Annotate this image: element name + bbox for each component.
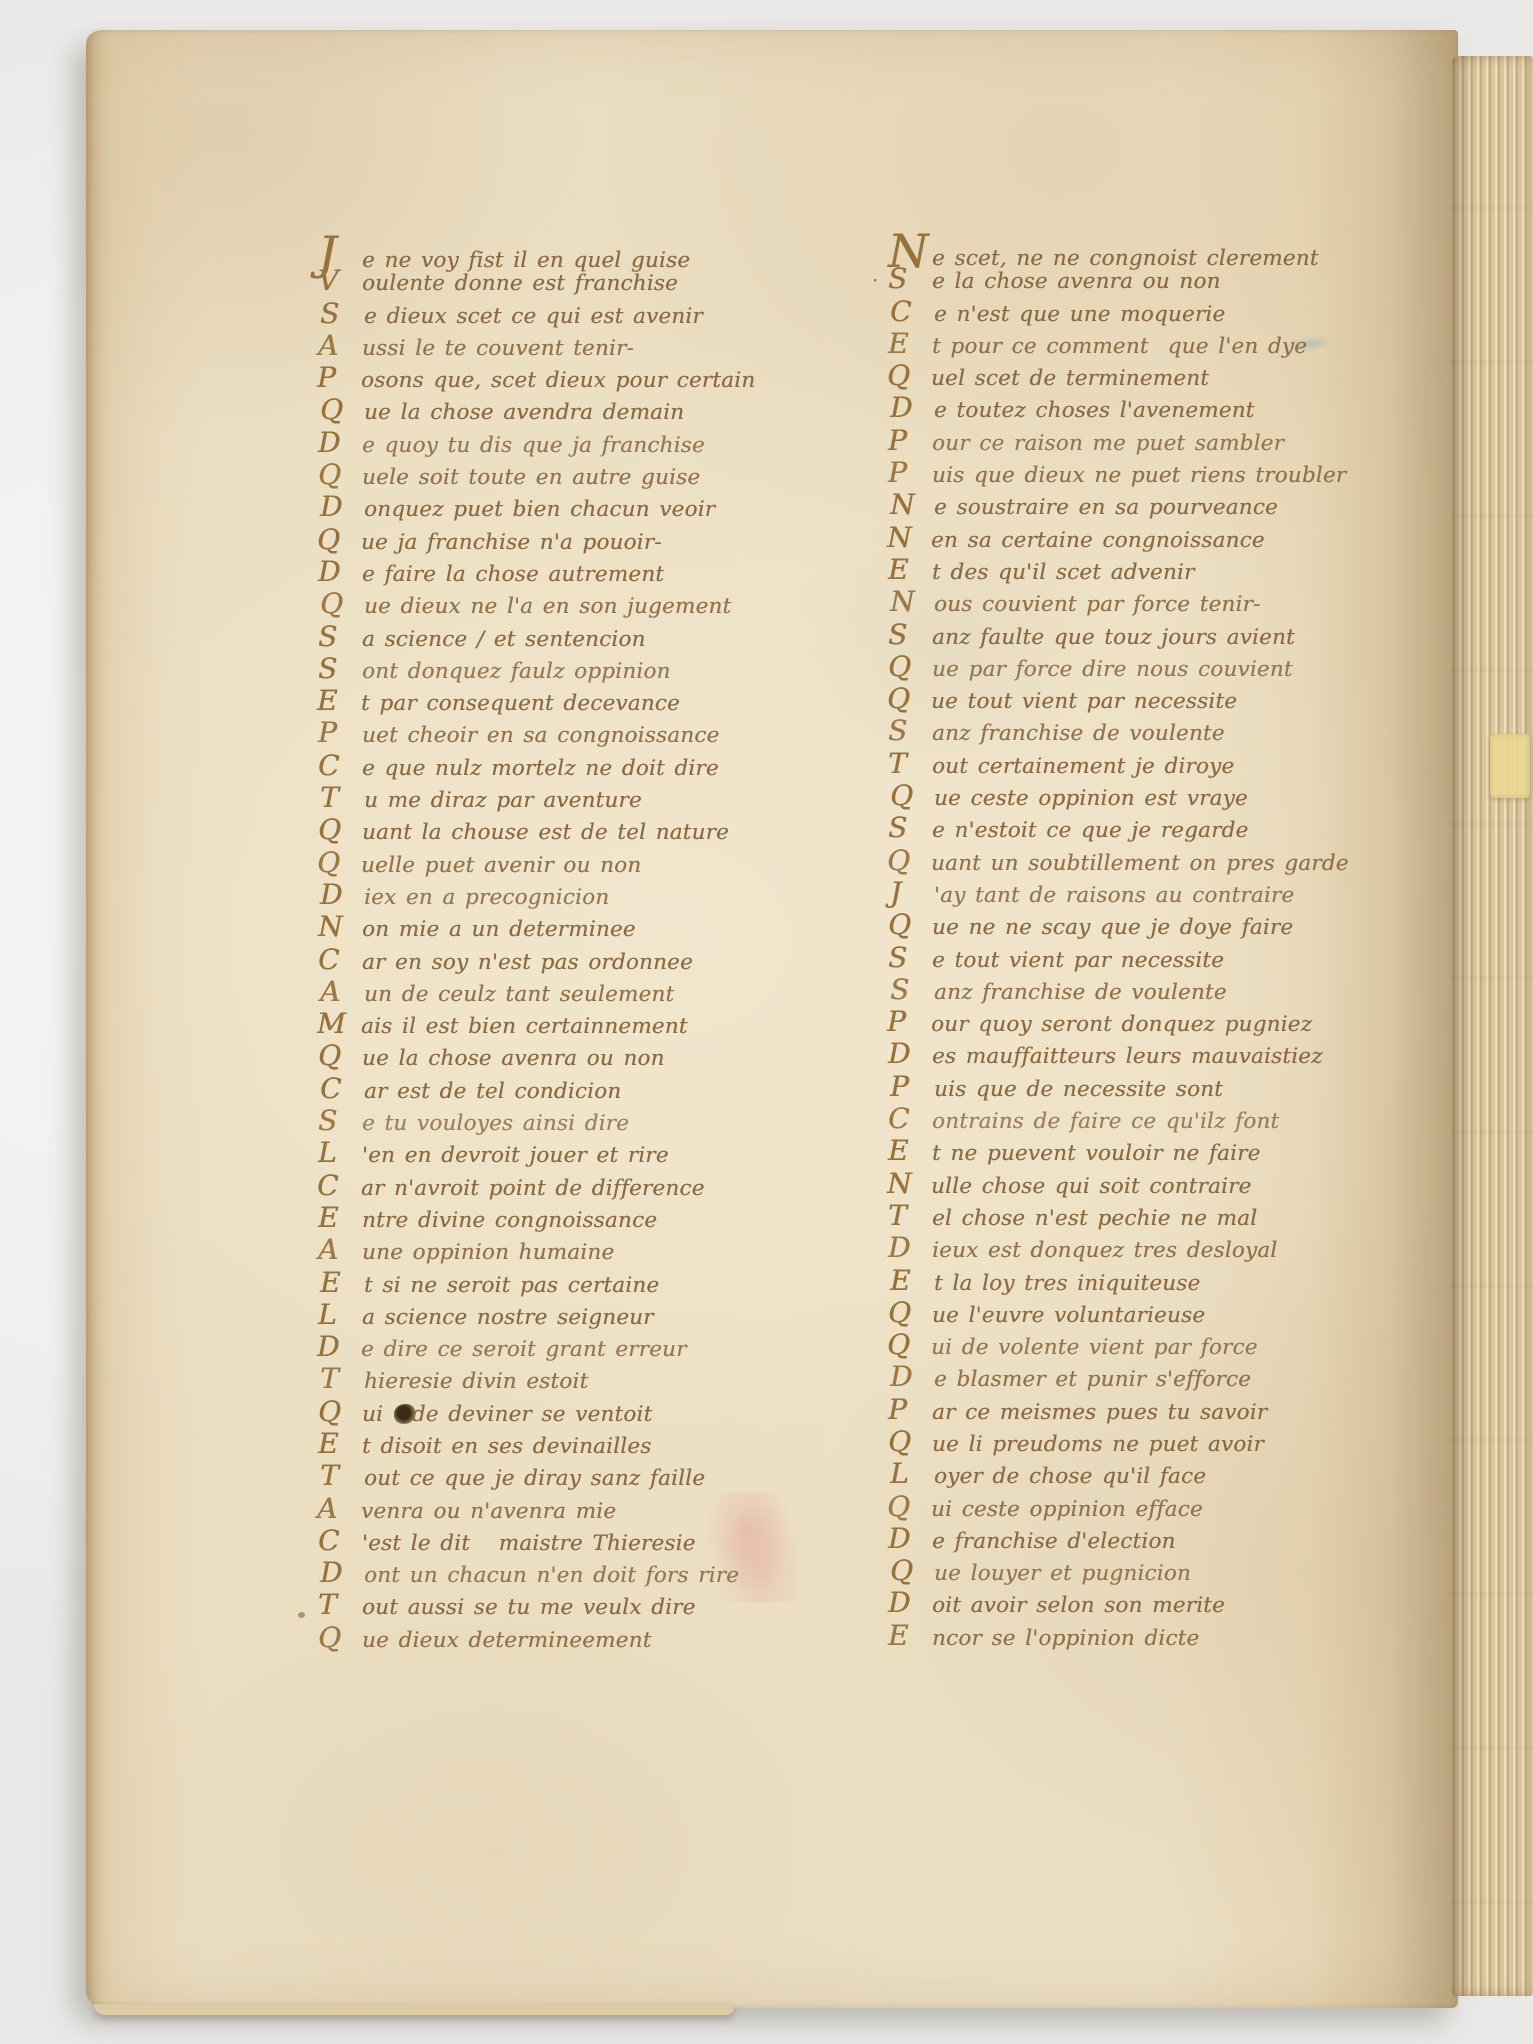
verse-line: Que li preudoms ne puet avoir — [888, 1427, 1368, 1459]
line-initial: A — [317, 1494, 361, 1524]
line-text: ue tout vient par necessite — [931, 687, 1237, 717]
line-initial: P — [887, 1007, 931, 1037]
line-initial: P — [318, 718, 362, 748]
verse-line: Loyer de chose qu'il face — [890, 1459, 1370, 1491]
line-text: ont donquez faulz oppinion — [362, 657, 671, 687]
line-initial: Q — [888, 652, 932, 682]
line-text: ue louyer et pugnicion — [934, 1559, 1191, 1589]
line-text: un de ceulz tant seulement — [364, 980, 674, 1010]
line-initial: E — [888, 1621, 932, 1651]
verse-line: Des mauffaitteurs leurs mauvaistiez — [888, 1039, 1368, 1071]
line-text: une oppinion humaine — [362, 1238, 614, 1268]
verse-line: Se n'estoit ce que je regarde — [888, 813, 1368, 845]
line-initial: N — [887, 1169, 931, 1199]
verse-line: Puet cheoir en sa congnoissance — [318, 718, 788, 750]
line-initial: Q — [320, 395, 364, 425]
line-initial: J — [890, 878, 934, 908]
line-initial: Q — [887, 361, 931, 391]
line-text: t si ne seroit pas certaine — [364, 1271, 659, 1301]
line-text: ue la chose avenra ou non — [362, 1044, 665, 1074]
verse-line: Quant la chouse est de tel nature — [318, 815, 788, 847]
verse-line: Non mie a un determinee — [318, 912, 788, 944]
line-initial: C — [318, 1526, 362, 1556]
line-initial: E — [888, 329, 932, 359]
verse-line: Que l'euvre voluntarieuse — [888, 1298, 1368, 1330]
verse-line: Tout aussi se tu me veulx dire — [318, 1590, 788, 1622]
underlying-page-edge — [94, 2004, 734, 2015]
line-initial: S — [888, 620, 932, 650]
line-initial: N — [318, 912, 362, 942]
line-initial: D — [888, 1039, 932, 1069]
line-initial: E — [888, 555, 932, 585]
line-initial: Q — [888, 910, 932, 940]
line-initial: L — [318, 1300, 362, 1330]
line-text: uelle puet avenir ou non — [361, 851, 641, 881]
verse-line: Ne scet, ne ne congnoist clerement — [888, 232, 1368, 264]
verse-line: Ce n'est que une moquerie — [890, 297, 1370, 329]
line-text: en sa certaine congnoissance — [931, 526, 1265, 556]
line-text: our quoy seront donquez pugniez — [931, 1010, 1312, 1040]
line-initial: E — [318, 1429, 362, 1459]
verse-line: Contrains de faire ce qu'ilz font — [888, 1104, 1368, 1136]
verse-line: L'en en devroit jouer et rire — [318, 1138, 788, 1170]
line-text: uis que dieux ne puet riens troubler — [932, 461, 1346, 491]
verse-line: Aun de ceulz tant seulement — [320, 977, 790, 1009]
line-text: ui ceste oppinion efface — [931, 1495, 1203, 1525]
verse-line: Dieux est donquez tres desloyal — [888, 1233, 1368, 1265]
line-initial: P — [317, 363, 361, 393]
verse-line: Car en soy n'est pas ordonnee — [318, 945, 788, 977]
book-fore-edge — [1450, 56, 1533, 1996]
photo-backdrop: Je ne voy fist il en quel guiseVoulente … — [0, 0, 1533, 2044]
line-initial: C — [888, 1104, 932, 1134]
line-initial: Q — [887, 846, 931, 876]
line-text: ue par force dire nous couvient — [932, 655, 1293, 685]
verse-line: Quant un soubtillement on pres garde — [887, 846, 1367, 878]
line-text: osons que, scet dieux pour certain — [361, 366, 755, 396]
line-initial: C — [317, 1171, 361, 1201]
verse-line: Par ce meismes pues tu savoir — [888, 1395, 1368, 1427]
verse-line: Que la chose avenra ou non — [318, 1041, 788, 1073]
line-text: ar est de tel condicion — [364, 1077, 621, 1107]
line-initial: E — [890, 1266, 934, 1296]
line-initial: Q — [318, 1623, 362, 1653]
verse-line: ·Se la chose avenra ou non — [888, 264, 1368, 296]
line-initial: D — [890, 1362, 934, 1392]
line-text: ontrains de faire ce qu'ilz font — [932, 1107, 1279, 1137]
verse-line: Avenra ou n'avenra mie — [317, 1494, 787, 1526]
line-initial: N — [887, 523, 931, 553]
verse-line: Tout ce que je diray sanz faille — [320, 1461, 790, 1493]
verse-line: Tu me diraz par aventure — [320, 783, 790, 815]
line-initial: Q — [887, 1330, 931, 1360]
verse-line: Posons que, scet dieux pour certain — [317, 363, 787, 395]
line-text: e blasmer et punir s'efforce — [934, 1365, 1251, 1395]
line-text: ue li preudoms ne puet avoir — [932, 1430, 1264, 1460]
line-text: 'en en devroit jouer et rire — [362, 1141, 669, 1171]
line-text: ui de deviner se ventoit — [362, 1400, 652, 1430]
verse-line: Donquez puet bien chacun veoir — [320, 492, 790, 524]
line-initial: D — [317, 1332, 361, 1362]
line-initial: Q — [318, 1397, 362, 1427]
verse-line: Que ja franchise n'a pouoir- — [317, 525, 787, 557]
verse-line: Qui de deviner se ventoit — [318, 1397, 788, 1429]
verse-line: Voulente donne est franchise — [318, 266, 788, 298]
line-text: oit avoir selon son merite — [932, 1591, 1225, 1621]
verse-line: Et par consequent decevance — [317, 686, 787, 718]
verse-line: De quoy tu dis que ja franchise — [318, 428, 788, 460]
line-text: ue ceste oppinion est vraye — [934, 784, 1248, 814]
verse-line: Nen sa certaine congnoissance — [887, 523, 1367, 555]
line-initial: D — [890, 393, 934, 423]
verse-line: Et la loy tres iniquiteuse — [890, 1266, 1370, 1298]
line-text: ui de volente vient par force — [931, 1333, 1258, 1363]
line-text: es mauffaitteurs leurs mauvaistiez — [932, 1042, 1323, 1072]
line-text: anz faulte que touz jours avient — [932, 623, 1295, 653]
line-text: ue la chose avendra demain — [364, 398, 684, 428]
line-text: ncor se l'oppinion dicte — [932, 1624, 1199, 1654]
verse-line: Thieresie divin estoit — [320, 1364, 790, 1396]
verse-line: Quele soit toute en autre guise — [318, 460, 788, 492]
verse-line: Que dieux determineement — [318, 1623, 788, 1655]
line-text: e tu vouloyes ainsi dire — [362, 1109, 629, 1139]
manuscript-page: Je ne voy fist il en quel guiseVoulente … — [86, 30, 1458, 2008]
line-initial: Q — [318, 1041, 362, 1071]
verse-line: Quel scet de terminement — [887, 361, 1367, 393]
line-text: anz franchise de voulente — [932, 719, 1225, 749]
line-initial: S — [888, 943, 932, 973]
verse-line: Que louyer et pugnicion — [890, 1556, 1370, 1588]
line-text: uant un soubtillement on pres garde — [931, 849, 1349, 879]
line-text: uant la chouse est de tel nature — [362, 818, 729, 848]
verse-line: Tout certainement je diroye — [888, 749, 1368, 781]
text-column-right: Ne scet, ne ne congnoist clerement·Se la… — [888, 232, 1368, 1653]
line-text: oyer de chose qu'il face — [934, 1462, 1206, 1492]
verse-line: Nous couvient par force tenir- — [890, 587, 1370, 619]
verse-line: Que dieux ne l'a en son jugement — [320, 589, 790, 621]
verse-line: Et disoit en ses devinailles — [318, 1429, 788, 1461]
verse-line: Et pour ce comment que l'en dye — [888, 329, 1368, 361]
line-initial: N — [890, 587, 934, 617]
line-text: t pour ce comment que l'en dye — [932, 332, 1307, 362]
line-initial: E — [318, 1203, 362, 1233]
verse-line: Dont un chacun n'en doit fors rire — [320, 1558, 790, 1590]
line-text: uele soit toute en autre guise — [362, 463, 700, 493]
line-initial: N — [890, 490, 934, 520]
line-initial: D — [888, 1588, 932, 1618]
line-text: out aussi se tu me veulx dire — [362, 1593, 696, 1623]
line-initial: Q — [888, 1298, 932, 1328]
line-initial: A — [318, 331, 362, 361]
line-initial: T — [320, 1364, 364, 1394]
line-initial: T — [320, 783, 364, 813]
line-initial: Q — [888, 1427, 932, 1457]
verse-line: J'ay tant de raisons au contraire — [890, 878, 1370, 910]
line-text: venra ou n'avenra mie — [361, 1497, 616, 1527]
verse-line: Se dieux scet ce qui est avenir — [320, 299, 790, 331]
verse-line: Que la chose avendra demain — [320, 395, 790, 427]
line-initial: Q — [318, 815, 362, 845]
verse-line: Se tout vient par necessite — [888, 943, 1368, 975]
line-initial: T — [888, 1201, 932, 1231]
line-initial: V — [318, 266, 362, 296]
line-text: ont un chacun n'en doit fors rire — [364, 1561, 739, 1591]
verse-line: Quelle puet avenir ou non — [317, 848, 787, 880]
verse-line: Aune oppinion humaine — [318, 1235, 788, 1267]
verse-line: Tel chose n'est pechie ne mal — [888, 1201, 1368, 1233]
line-text: our ce raison me puet sambler — [932, 429, 1284, 459]
verse-line: Que ceste oppinion est vraye — [890, 781, 1370, 813]
line-initial: S — [318, 654, 362, 684]
line-initial: S — [888, 264, 932, 294]
verse-line: Que par force dire nous couvient — [888, 652, 1368, 684]
verse-line: De franchise d'election — [888, 1524, 1368, 1556]
line-text: e soustraire en sa pourveance — [934, 493, 1278, 523]
verse-line: Et ne puevent vouloir ne faire — [888, 1136, 1368, 1168]
line-initial: S — [890, 975, 934, 1005]
line-initial: E — [320, 1268, 364, 1298]
line-text: 'est le dit maistre Thieresie — [362, 1529, 696, 1559]
line-text: t la loy tres iniquiteuse — [934, 1269, 1200, 1299]
line-text: e tout vient par necessite — [932, 946, 1224, 976]
line-text: ue l'euvre voluntarieuse — [932, 1301, 1205, 1331]
verse-line: De toutez choses l'avenement — [890, 393, 1370, 425]
verse-line: Sa science / et sentencion — [318, 622, 788, 654]
verse-line: Aussi le te couvent tenir- — [318, 331, 788, 363]
verse-line: Qui ceste oppinion efface — [887, 1492, 1367, 1524]
line-text: e dire ce seroit grant erreur — [361, 1335, 687, 1365]
line-text: e quoy tu dis que ja franchise — [362, 431, 705, 461]
line-text: 'ay tant de raisons au contraire — [934, 881, 1294, 911]
ink-speck — [298, 1612, 305, 1618]
line-initial: T — [888, 749, 932, 779]
line-text: onquez puet bien chacun veoir — [364, 495, 715, 525]
verse-line: Doit avoir selon son merite — [888, 1588, 1368, 1620]
line-initial: D — [318, 428, 362, 458]
line-initial: C — [318, 751, 362, 781]
verse-line: La science nostre seigneur — [318, 1300, 788, 1332]
verse-line: Sont donquez faulz oppinion — [318, 654, 788, 686]
line-text: ue ne ne scay que je doye faire — [932, 913, 1293, 943]
verse-line: Qui de volente vient par force — [887, 1330, 1367, 1362]
line-initial: Q — [320, 589, 364, 619]
line-initial: Q — [318, 460, 362, 490]
verse-line: Nulle chose qui soit contraire — [887, 1169, 1367, 1201]
line-text: t disoit en ses devinailles — [362, 1432, 651, 1462]
line-initial: A — [320, 977, 364, 1007]
line-text: on mie a un determinee — [362, 915, 636, 945]
line-initial: S — [320, 299, 364, 329]
line-text: ar n'avroit point de difference — [361, 1174, 705, 1204]
line-text: ussi le te couvent tenir- — [362, 334, 634, 364]
line-text: a science / et sentencion — [362, 625, 646, 655]
verse-line: Diex en a precognicion — [320, 880, 790, 912]
line-initial: L — [890, 1459, 934, 1489]
line-text: ais il est bien certainnement — [361, 1012, 688, 1042]
verse-line: C'est le dit maistre Thieresie — [318, 1526, 788, 1558]
verse-line: Puis que de necessite sont — [890, 1072, 1370, 1104]
line-initial: L — [318, 1138, 362, 1168]
line-initial: T — [318, 1590, 362, 1620]
verse-line: Et des qu'il scet advenir — [888, 555, 1368, 587]
line-text: out ce que je diray sanz faille — [364, 1464, 705, 1494]
verse-line: Se tu vouloyes ainsi dire — [318, 1106, 788, 1138]
line-initial: S — [318, 622, 362, 652]
line-text: e faire la chose autrement — [362, 560, 664, 590]
line-initial: D — [888, 1233, 932, 1263]
line-initial: M — [317, 1009, 361, 1039]
line-text: t par consequent decevance — [361, 689, 680, 719]
line-text: ar en soy n'est pas ordonnee — [362, 948, 693, 978]
line-initial: Q — [887, 684, 931, 714]
verse-line: Car est de tel condicion — [320, 1074, 790, 1106]
verse-line: Et si ne seroit pas certaine — [320, 1268, 790, 1300]
line-initial: T — [320, 1461, 364, 1491]
line-text: uis que de necessite sont — [934, 1075, 1223, 1105]
line-initial: E — [317, 686, 361, 716]
line-initial: P — [888, 1395, 932, 1425]
line-text: ar ce meismes pues tu savoir — [932, 1398, 1267, 1428]
line-text: a science nostre seigneur — [362, 1303, 654, 1333]
line-text: e toutez choses l'avenement — [934, 396, 1255, 426]
verse-line: Entre divine congnoissance — [318, 1203, 788, 1235]
line-text: e la chose avenra ou non — [932, 267, 1221, 297]
fore-edge-tab — [1490, 734, 1530, 798]
line-text: ulle chose qui soit contraire — [931, 1172, 1251, 1202]
line-initial: C — [320, 1074, 364, 1104]
line-initial: Q — [890, 781, 934, 811]
line-initial: P — [888, 458, 932, 488]
line-text: e que nulz mortelz ne doit dire — [362, 754, 719, 784]
verse-line: Ce que nulz mortelz ne doit dire — [318, 751, 788, 783]
verse-line: Sanz faulte que touz jours avient — [888, 620, 1368, 652]
line-initial: S — [888, 813, 932, 843]
verse-line: Que tout vient par necessite — [887, 684, 1367, 716]
verse-line: Je ne voy fist il en quel guise — [318, 234, 788, 266]
line-text: anz franchise de voulente — [934, 978, 1227, 1008]
verse-line: Encor se l'oppinion dicte — [888, 1621, 1368, 1653]
line-text: el chose n'est pechie ne mal — [932, 1204, 1257, 1234]
line-text: ue ja franchise n'a pouoir- — [361, 528, 662, 558]
verse-line: Sanz franchise de voulente — [890, 975, 1370, 1007]
line-initial: C — [890, 297, 934, 327]
text-column-left: Je ne voy fist il en quel guiseVoulente … — [318, 234, 788, 1655]
line-text: ue dieux ne l'a en son jugement — [364, 592, 731, 622]
line-text: ous couvient par force tenir- — [934, 590, 1260, 620]
line-initial: S — [888, 716, 932, 746]
line-initial: D — [320, 1558, 364, 1588]
line-initial: Q — [317, 848, 361, 878]
line-text: out certainement je diroye — [932, 752, 1234, 782]
line-text: iex en a precognicion — [364, 883, 609, 913]
verse-line: Pour quoy seront donquez pugniez — [887, 1007, 1367, 1039]
line-text: t des qu'il scet advenir — [932, 558, 1194, 588]
verse-line: Sanz franchise de voulente — [888, 716, 1368, 748]
line-text: t ne puevent vouloir ne faire — [932, 1139, 1261, 1169]
verse-line: De blasmer et punir s'efforce — [890, 1362, 1370, 1394]
line-text: e franchise d'election — [932, 1527, 1176, 1557]
line-text: oulente donne est franchise — [362, 269, 678, 299]
line-text: ue dieux determineement — [362, 1626, 651, 1656]
verse-line: Pour ce raison me puet sambler — [888, 426, 1368, 458]
verse-line: De dire ce seroit grant erreur — [317, 1332, 787, 1364]
verse-line: De faire la chose autrement — [318, 557, 788, 589]
line-text: e n'estoit ce que je regarde — [932, 816, 1248, 846]
verse-line: Ne soustraire en sa pourveance — [890, 490, 1370, 522]
verse-line: Mais il est bien certainnement — [317, 1009, 787, 1041]
line-text: u me diraz par aventure — [364, 786, 642, 816]
line-text: uel scet de terminement — [931, 364, 1209, 394]
line-initial: C — [318, 945, 362, 975]
line-initial: D — [320, 880, 364, 910]
line-initial: Q — [887, 1492, 931, 1522]
line-text: e dieux scet ce qui est avenir — [364, 302, 703, 332]
verse-line: Que ne ne scay que je doye faire — [888, 910, 1368, 942]
line-text: ntre divine congnoissance — [362, 1206, 657, 1236]
line-initial: P — [890, 1072, 934, 1102]
line-text: hieresie divin estoit — [364, 1367, 588, 1397]
line-initial: D — [318, 557, 362, 587]
line-initial: E — [888, 1136, 932, 1166]
line-initial: S — [318, 1106, 362, 1136]
line-marginal-mark: · — [872, 268, 878, 292]
line-text: uet cheoir en sa congnoissance — [362, 721, 719, 751]
line-initial: D — [888, 1524, 932, 1554]
line-initial: A — [318, 1235, 362, 1265]
line-initial: Q — [317, 525, 361, 555]
line-initial: D — [320, 492, 364, 522]
verse-line: Puis que dieux ne puet riens troubler — [888, 458, 1368, 490]
line-initial: Q — [890, 1556, 934, 1586]
line-text: e n'est que une moquerie — [934, 300, 1225, 330]
line-initial: P — [888, 426, 932, 456]
verse-line: Car n'avroit point de difference — [317, 1171, 787, 1203]
line-text: ieux est donquez tres desloyal — [932, 1236, 1277, 1266]
